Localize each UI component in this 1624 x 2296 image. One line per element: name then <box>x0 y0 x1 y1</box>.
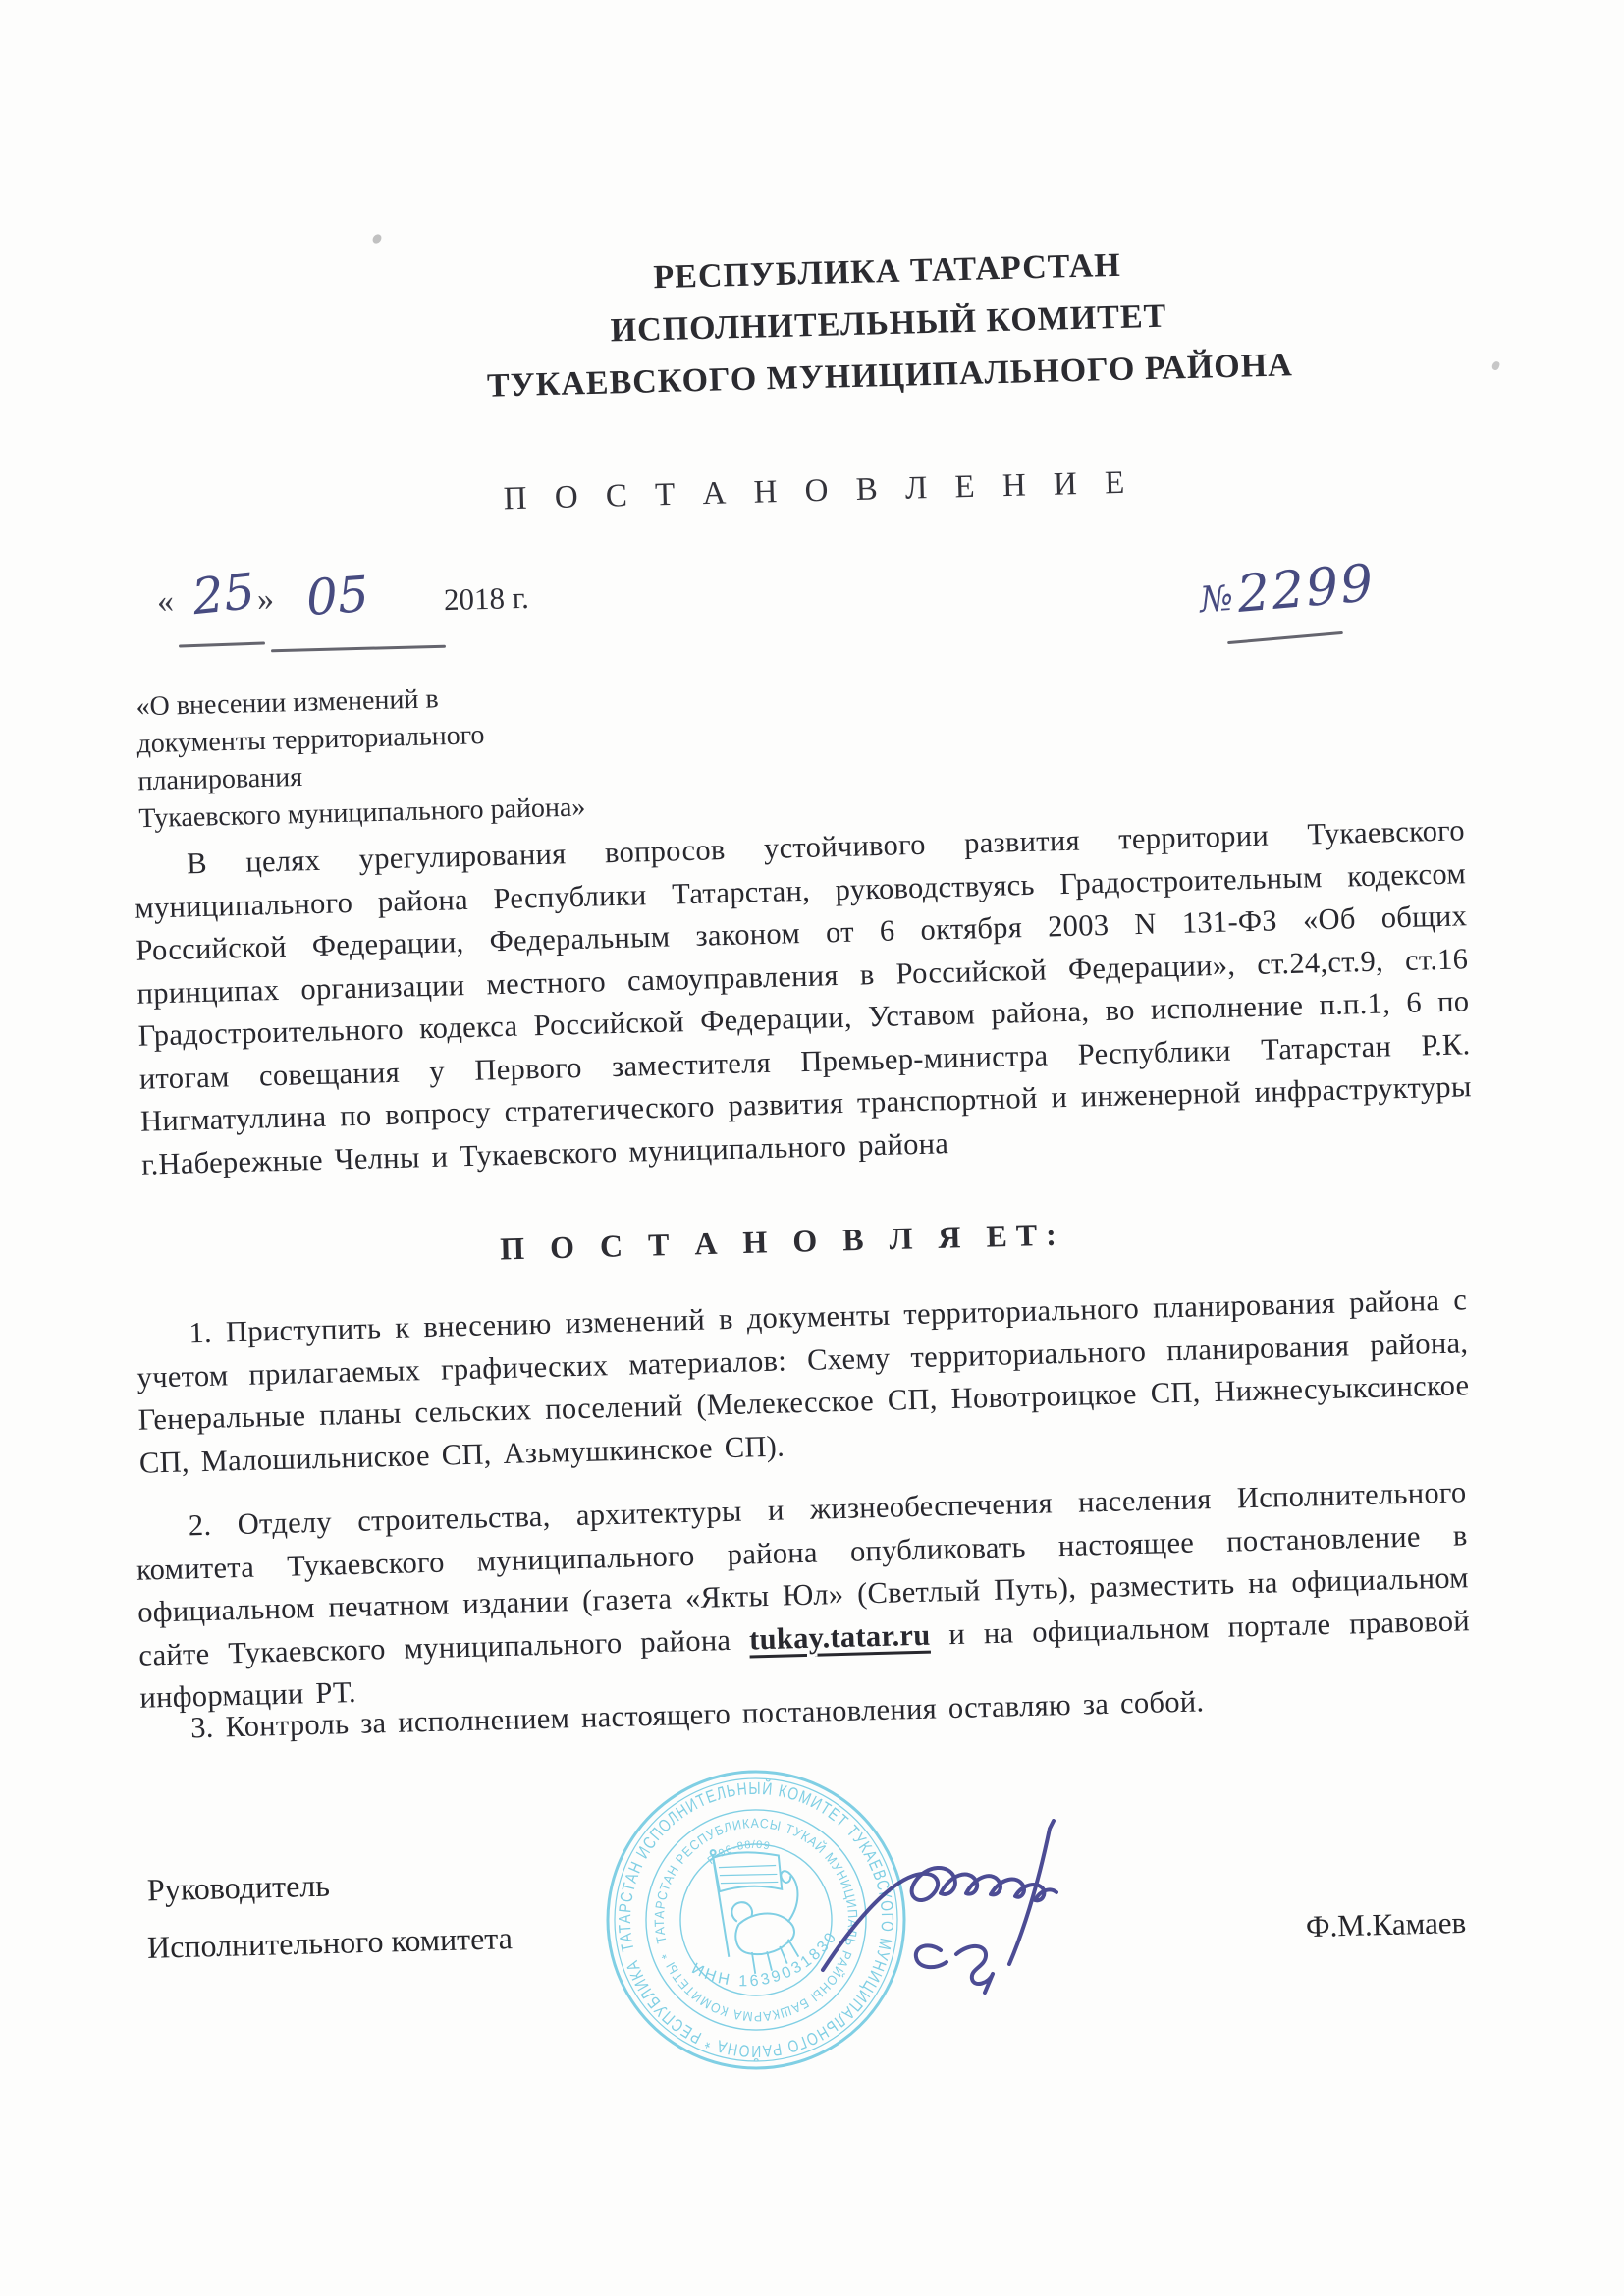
date-open-quote: « <box>157 583 175 621</box>
scanned-resolution-document: РЕСПУБЛИКА ТАТАРСТАН ИСПОЛНИТЕЛЬНЫЙ КОМИ… <box>0 0 1624 2296</box>
subject-block: «О внесении изменений в документы террит… <box>135 675 689 839</box>
signer-role-line-2: Исполнительного комитета <box>147 1920 514 1966</box>
date-day-handwritten: 25 <box>189 563 257 626</box>
signer-name: Ф.М.Камаев <box>1306 1905 1467 1944</box>
website-text: tukay.tatar.ru <box>749 1617 931 1656</box>
signature-main-stroke <box>823 1868 1056 1970</box>
resolution-heading: П О С Т А Н О В Л Я ЕТ: <box>95 1206 1470 1279</box>
document-type-title: П О С Т А Н О В Л Е Н И Е <box>132 456 1506 528</box>
date-month-handwritten: 05 <box>304 566 371 627</box>
signature-flourish-stroke <box>916 1945 993 1993</box>
date-year: 2018 г. <box>444 580 530 618</box>
number-value-handwritten: 2299 <box>1235 554 1378 625</box>
letterhead: РЕСПУБЛИКА ТАТАРСТАН ИСПОЛНИТЕЛЬНЫЙ КОМИ… <box>150 226 1624 420</box>
date-close-quote: » <box>257 581 275 619</box>
signer-role-line-1: Руководитель <box>147 1868 331 1909</box>
resolution-item-1: 1. Приступить к внесению изменений в док… <box>135 1279 1471 1484</box>
date-day-underline <box>179 641 265 647</box>
preamble-paragraph: В целях урегулирования вопросов устойчив… <box>134 809 1474 1185</box>
date-month-underline <box>271 645 446 653</box>
number-underline <box>1227 631 1343 644</box>
scan-speck <box>371 233 384 246</box>
handwritten-signature-ink <box>746 1795 1159 2031</box>
number-sign: № <box>1199 578 1235 621</box>
